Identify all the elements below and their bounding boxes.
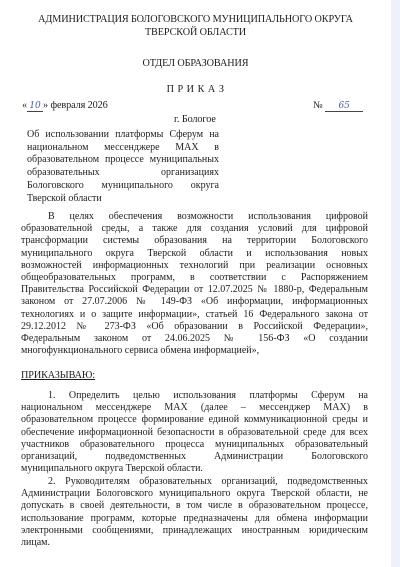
order-item-1: 1. Определить целью использования платфо… (21, 390, 368, 475)
item-2-line: использование программ, которые предназн… (21, 513, 368, 525)
subject-line: Об использовании платформы Сферум на (27, 129, 219, 142)
order-number: № 65 (313, 100, 363, 112)
preamble-line: технологиях и о защите информации», стат… (21, 309, 368, 321)
preamble-line: муниципального округа Тверской области и… (21, 248, 368, 260)
subject-block: Об использовании платформы Сферум на нац… (27, 129, 219, 205)
subject-line: национальном мессенджере МАХ в (27, 142, 219, 155)
item-2-line: допускать в своей деятельности, в том чи… (21, 500, 368, 512)
item-2-line: лицам. (21, 537, 368, 549)
item-1-line: образовательном процессе формирование ед… (21, 414, 368, 426)
header-line-1: АДМИНИСТРАЦИЯ БОЛОГОВСКОГО МУНИЦИПАЛЬНОГ… (0, 14, 391, 25)
item-1-line: организаций, подведомственных Администра… (21, 451, 368, 463)
order-item-2: 2. Руководителям образовательных организ… (21, 476, 368, 549)
preamble-line: возможностей информационных технологий п… (21, 260, 368, 272)
subject-line: Тверской области (27, 193, 219, 206)
preamble-line: общеобразовательных программ, в соответс… (21, 272, 368, 284)
preamble-line: законом от 27.07.2006 № 149-ФЗ «Об инфор… (21, 296, 368, 308)
preamble-line: Правительства Российской Федерации от 12… (21, 284, 368, 296)
item-1-line: обеспечение информационной безопасности … (21, 427, 368, 439)
item-1-line: национальном мессенджере МАХ (далее – ме… (21, 402, 368, 414)
preamble-line: В целях обеспечения возможности использо… (21, 211, 368, 223)
date-month-year: февраля 2026 (50, 100, 107, 111)
subject-line: образовательном процессе муниципальных (27, 154, 219, 167)
order-date: «10» февраля 2026 (22, 100, 108, 112)
item-1-line: муниципального округа Тверской области. (21, 463, 368, 475)
department-title: ОТДЕЛ ОБРАЗОВАНИЯ (0, 58, 391, 69)
item-1-line: 1. Определить целью использования платфо… (21, 390, 368, 402)
subject-line: Бологовского муниципального округа (27, 180, 219, 193)
preamble-line: 29.12.2012 № 273-ФЗ «Об образовании в Ро… (21, 321, 368, 333)
number-value-handwritten: 65 (325, 101, 363, 112)
number-label: № (313, 100, 323, 111)
date-close-quote: » (43, 100, 48, 111)
item-2-line: 2. Руководителям образовательных организ… (21, 476, 368, 488)
city-name: г. Бологое (174, 114, 216, 125)
item-2-line: электронными сообщениями, принадлежащих … (21, 525, 368, 537)
header-line-2: ТВЕРСКОЙ ОБЛАСТИ (0, 27, 391, 38)
preamble-line: образовательной среды, а также для созда… (21, 223, 368, 235)
preamble-line: Федеральным законом от 24.06.2025 № 156-… (21, 333, 368, 345)
preamble-line: многофункционального сервиса обмена инфо… (21, 345, 368, 357)
preamble-paragraph: В целях обеспечения возможности использо… (21, 211, 368, 357)
order-word: ПРИКАЗЫВАЮ: (21, 370, 95, 381)
date-day-handwritten: 10 (27, 101, 43, 112)
preamble-line: трансформации системы образования на тер… (21, 235, 368, 247)
item-1-line: участников образовательного процесса мун… (21, 439, 368, 451)
subject-line: образовательных организациях (27, 167, 219, 180)
document-type-title: П Р И К А З (0, 84, 391, 95)
document-page: АДМИНИСТРАЦИЯ БОЛОГОВСКОГО МУНИЦИПАЛЬНОГ… (0, 0, 391, 567)
item-2-line: Администрации Бологовского муниципальног… (21, 488, 368, 500)
